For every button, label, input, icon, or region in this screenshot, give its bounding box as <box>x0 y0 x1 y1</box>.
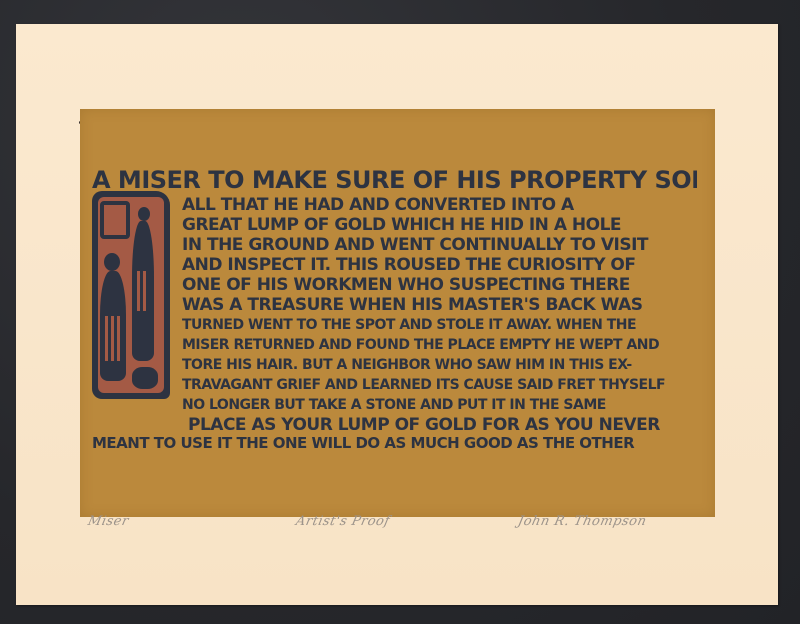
woodcut-print: A MISER TO MAKE SURE OF HIS PROPERTY SOL… <box>80 109 715 517</box>
text-line: ALL THAT HE HAD AND CONVERTED INTO A <box>182 195 697 215</box>
fable-text: A MISER TO MAKE SURE OF HIS PROPERTY SOL… <box>92 167 697 453</box>
text-line: AND INSPECT IT. THIS ROUSED THE CURIOSIT… <box>182 255 697 275</box>
text-line: TURNED WENT TO THE SPOT AND STOLE IT AWA… <box>182 315 697 335</box>
text-line: PLACE AS YOUR LUMP OF GOLD FOR AS YOU NE… <box>188 415 698 435</box>
text-line: IN THE GROUND AND WENT CONTINUALLY TO VI… <box>182 235 697 255</box>
pencil-title: Miser <box>86 514 130 529</box>
text-line: NO LONGER BUT TAKE A STONE AND PUT IT IN… <box>182 395 697 415</box>
text-line: MEANT TO USE IT THE ONE WILL DO AS MUCH … <box>92 433 697 453</box>
text-line: MISER RETURNED AND FOUND THE PLACE EMPTY… <box>182 335 697 355</box>
pencil-edition: Artist's Proof <box>294 514 391 529</box>
pencil-signature: John R. Thompson <box>516 514 648 529</box>
text-line: WAS A TREASURE WHEN HIS MASTER'S BACK WA… <box>182 295 697 315</box>
text-line: ONE OF HIS WORKMEN WHO SUSPECTING THERE <box>182 275 697 295</box>
text-line: TORE HIS HAIR. BUT A NEIGHBOR WHO SAW HI… <box>182 355 697 375</box>
text-line: TRAVAGANT GRIEF AND LEARNED ITS CAUSE SA… <box>182 375 697 395</box>
text-line: GREAT LUMP OF GOLD WHICH HE HID IN A HOL… <box>182 215 697 235</box>
text-line: A MISER TO MAKE SURE OF HIS PROPERTY SOL… <box>92 167 697 193</box>
